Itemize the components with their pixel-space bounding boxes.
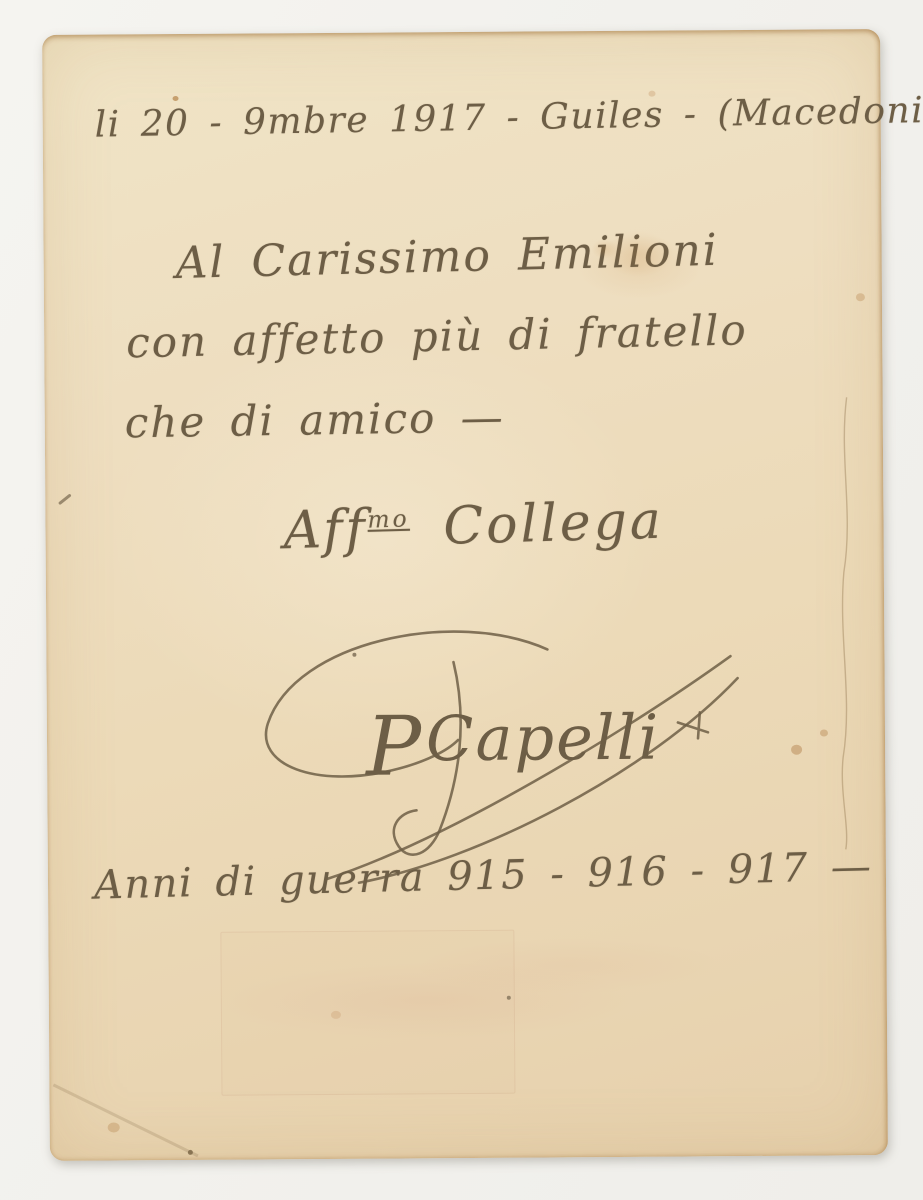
dedication-line-1: Al Carissimo Emilioni [175, 225, 719, 289]
photo-background: li 20 - 9mbre 1917 - Guiles - (Macedonia… [0, 0, 923, 1200]
closing-prefix: Aff [283, 499, 369, 561]
corner-crease [49, 1074, 210, 1161]
war-years-line: Anni di guerra 915 - 916 - 917 — [93, 844, 872, 909]
postcard-paper: li 20 - 9mbre 1917 - Guiles - (Macedonia… [42, 29, 888, 1161]
dedication-line-3: che di amico — [124, 392, 505, 447]
paper-crack [825, 397, 868, 849]
closing-suffix: Collega [443, 491, 665, 557]
closing-superscript: mo [367, 504, 410, 533]
foxing-spot [173, 96, 179, 101]
signature-flourish-tick [678, 712, 708, 738]
foxing-spot [791, 745, 802, 755]
closing-line: Affmo Collega [283, 491, 665, 562]
dedication-line-2: con affetto più di fratello [126, 305, 748, 367]
stray-pen-mark [58, 493, 72, 505]
date-line: li 20 - 9mbre 1917 - Guiles - (Macedonia… [94, 89, 923, 145]
foxing-spot [856, 293, 865, 301]
signature-name: Capelli [426, 701, 661, 776]
signature-initial: P [364, 699, 424, 794]
ghost-impression [220, 930, 515, 1096]
